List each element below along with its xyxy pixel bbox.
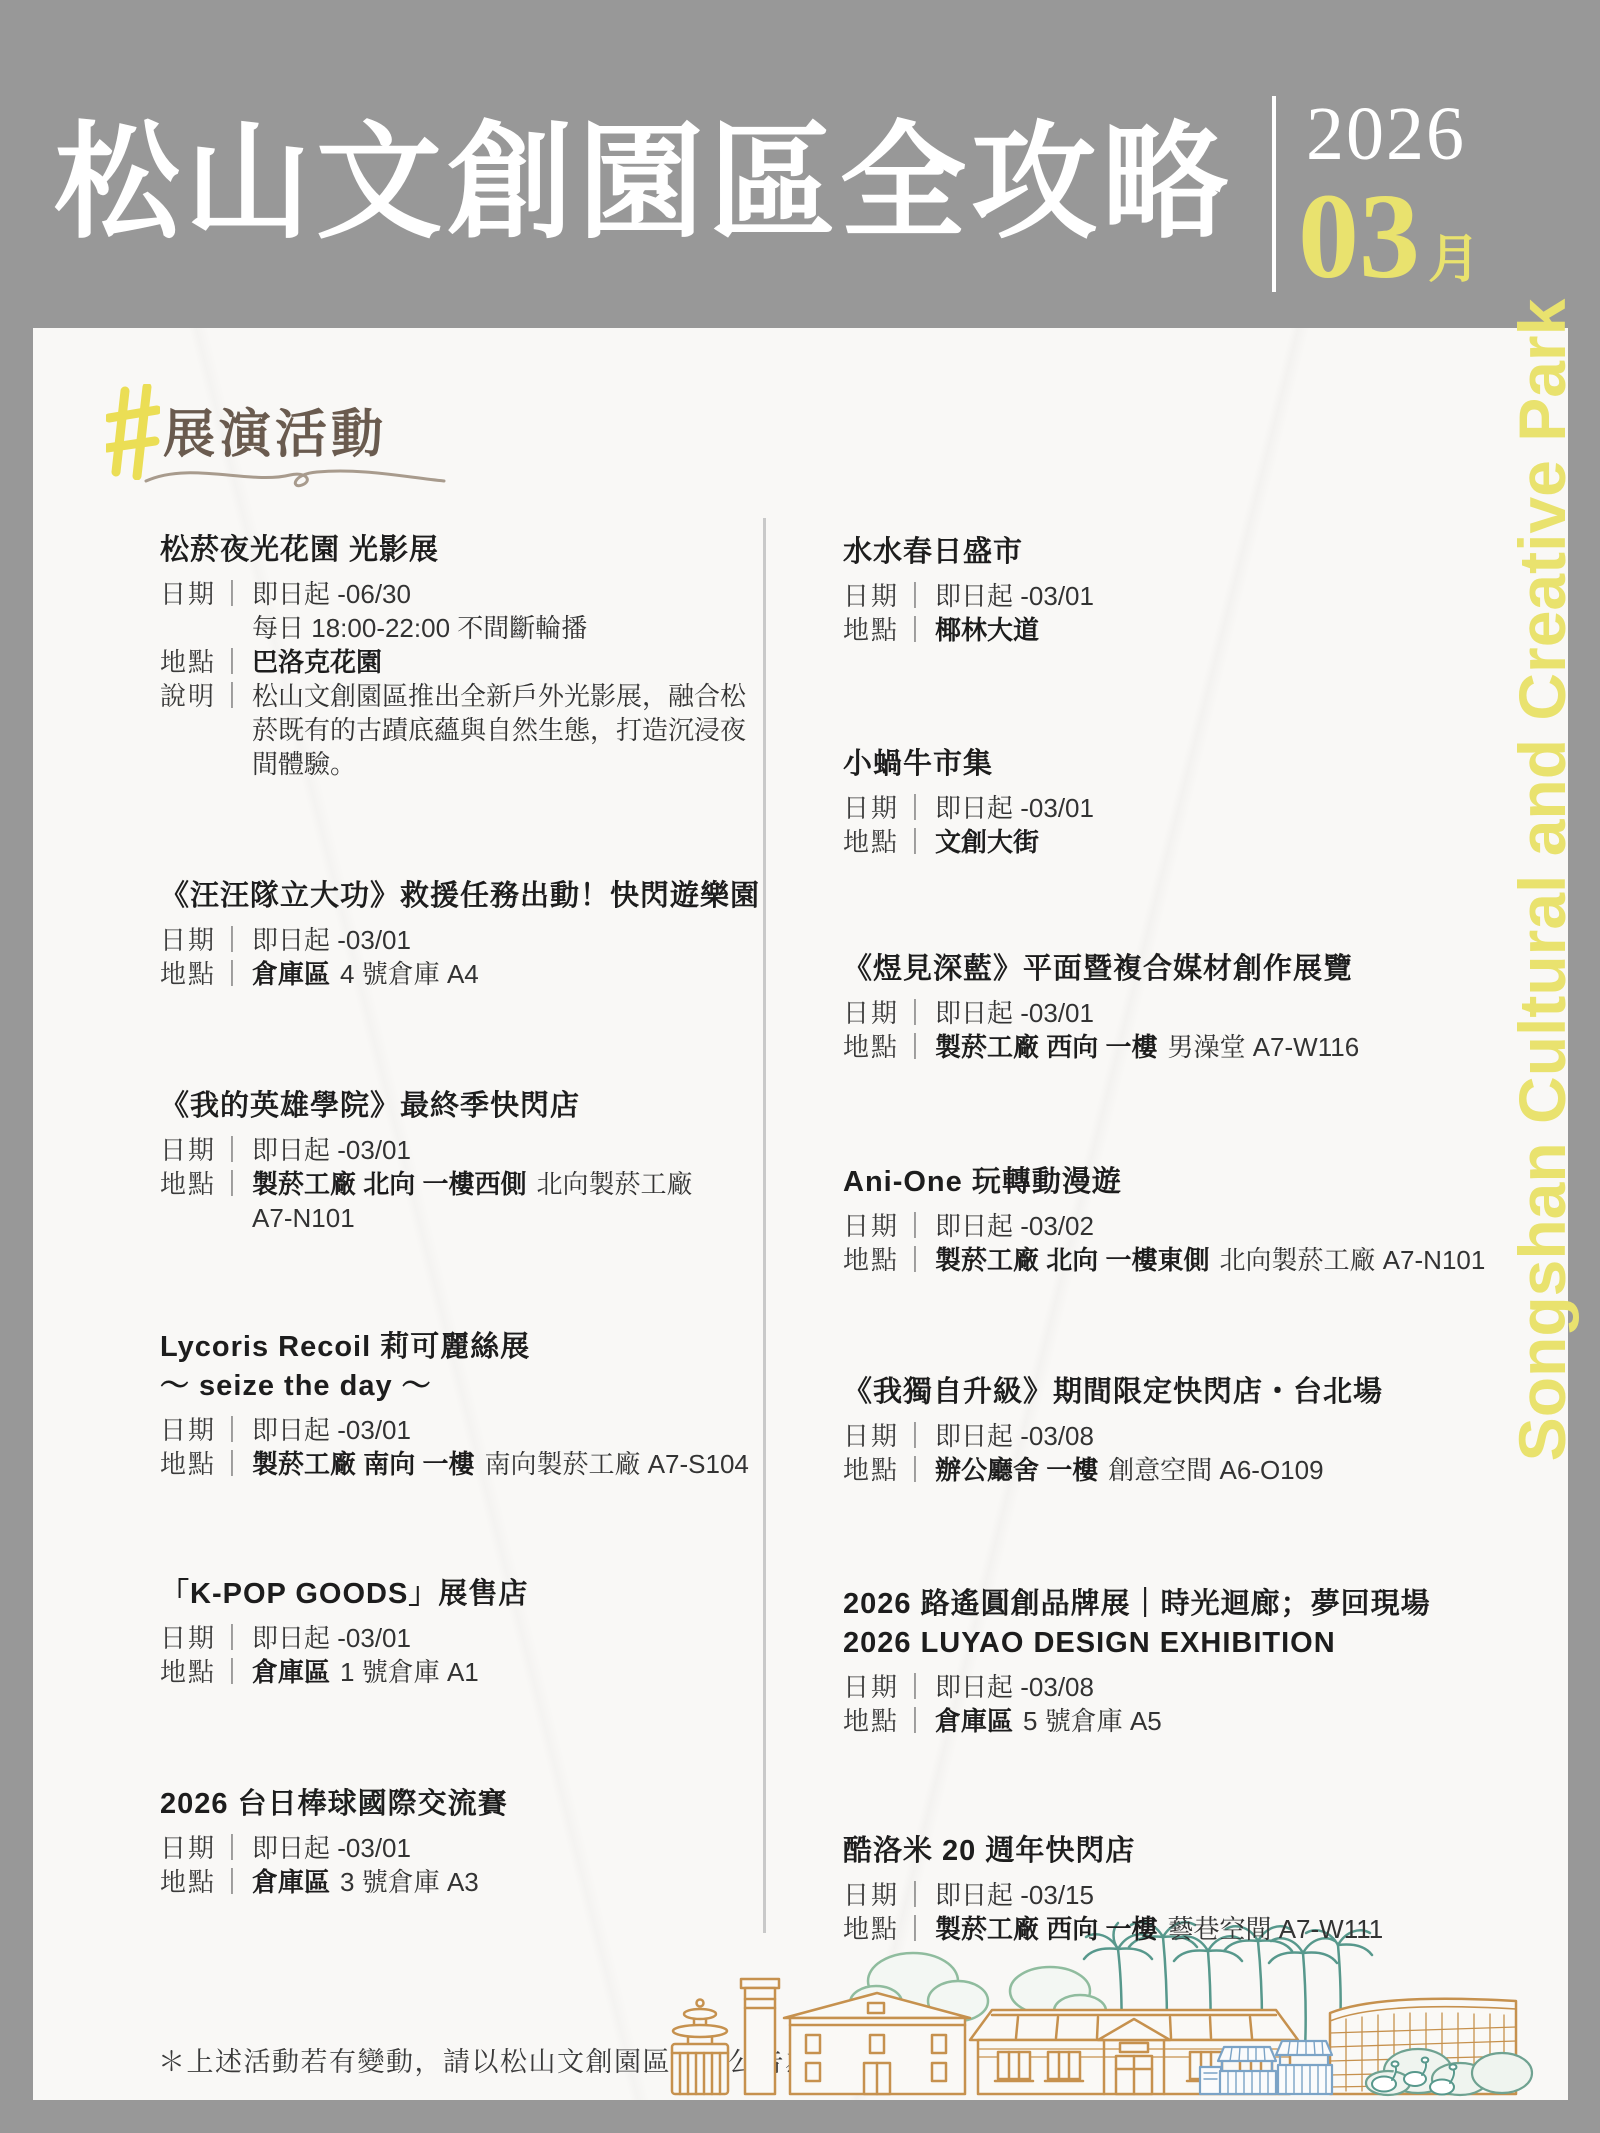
event-description: 松山文創園區推出全新戶外光影展，融合松 菸既有的古蹟底蘊與自然生態，打造沉浸夜 … (252, 679, 746, 781)
event-location-detail: 創意空間 A6-O109 (1108, 1455, 1323, 1485)
event-location-row-label: 地點 (843, 1030, 899, 1064)
event-date-row: 日期｜即日起 -03/01 (160, 1133, 772, 1167)
event-title: 《我獨自升級》期間限定快閃店・台北場 (843, 1373, 1549, 1412)
event-location-row: 地點｜辦公廳舍 一樓創意空間 A6-O109 (843, 1453, 1549, 1487)
event-location-area: 文創大街 (935, 827, 1039, 857)
event-block: 松菸夜光花園 光影展日期｜即日起 -06/30 每日 18:00-22:00 不… (160, 531, 772, 781)
event-location-detail: 5 號倉庫 A5 (1023, 1706, 1162, 1736)
event-location-row-label: 地點 (160, 957, 216, 991)
event-location-row-label: 地點 (843, 1912, 899, 1946)
event-location-row: 地點｜巴洛克花園 (160, 645, 772, 679)
event-block: 2026 路遙圓創品牌展｜時光迴廊；夢回現場 2026 LUYAO DESIGN… (843, 1585, 1549, 1738)
label-separator: ｜ (902, 1419, 928, 1453)
event-location-detail: 4 號倉庫 A4 (340, 959, 479, 989)
event-title: 《煜見深藍》平面暨複合媒材創作展覽 (843, 950, 1549, 989)
month-number: 03 (1298, 169, 1420, 304)
event-date: 即日起 -03/01 (935, 579, 1094, 613)
event-location-area: 倉庫區 (935, 1706, 1013, 1736)
event-location-row: 地點｜製菸工廠 北向 一樓東側北向製菸工廠 A7-N101 (843, 1243, 1549, 1277)
event-date: 即日起 -03/08 (935, 1670, 1094, 1704)
event-date-row-label: 日期 (843, 579, 899, 613)
event-date-row: 日期｜即日起 -03/08 (843, 1419, 1549, 1453)
squiggle-underline (140, 450, 452, 496)
event-title: 松菸夜光花園 光影展 (160, 531, 772, 570)
event-location-area: 製菸工廠 北向 一樓西側 (252, 1169, 526, 1199)
event-location-detail: 男澡堂 A7-W116 (1167, 1032, 1359, 1062)
event-block: 《煜見深藍》平面暨複合媒材創作展覽日期｜即日起 -03/01地點｜製菸工廠 西向… (843, 950, 1549, 1064)
event-location-area: 倉庫區 (252, 1657, 330, 1687)
event-date-row-label: 日期 (843, 791, 899, 825)
event-title: 《我的英雄學院》最終季快閃店 (160, 1087, 772, 1126)
event-title: 酷洛米 20 週年快閃店 (843, 1832, 1549, 1871)
event-date: 即日起 -03/01 (252, 1133, 411, 1167)
event-date-row-label: 日期 (843, 1878, 899, 1912)
event-date: 即日起 -03/02 (935, 1209, 1094, 1243)
label-separator: ｜ (219, 1133, 245, 1167)
event-location-area: 巴洛克花園 (252, 647, 382, 677)
event-location-row: 地點｜製菸工廠 南向 一樓南向製菸工廠 A7-S104 (160, 1447, 772, 1481)
event-location: 辦公廳舍 一樓創意空間 A6-O109 (935, 1453, 1324, 1487)
label-separator: ｜ (219, 1621, 245, 1655)
event-block: 《我獨自升級》期間限定快閃店・台北場日期｜即日起 -03/08地點｜辦公廳舍 一… (843, 1373, 1549, 1487)
fountain (672, 2000, 728, 2095)
label-separator: ｜ (219, 1447, 245, 1481)
event-date-row: 日期｜即日起 -03/08 (843, 1670, 1549, 1704)
event-location-row-label: 地點 (843, 1453, 899, 1487)
event-date-row-label: 日期 (160, 1831, 216, 1865)
event-date-row-label: 日期 (160, 1413, 216, 1447)
sign-board (1200, 2067, 1221, 2094)
event-date: 即日起 -03/01 (935, 996, 1094, 1030)
event-date-row-label: 日期 (843, 1209, 899, 1243)
label-separator: ｜ (219, 1655, 245, 1689)
event-location: 製菸工廠 南向 一樓南向製菸工廠 A7-S104 (252, 1447, 749, 1481)
event-title: 2026 台日棒球國際交流賽 (160, 1785, 772, 1824)
page-title: 松山文創園區全攻略 (54, 120, 1233, 246)
event-date-row: 日期｜即日起 -03/01 (160, 923, 772, 957)
event-location: 倉庫區1 號倉庫 A1 (252, 1655, 479, 1689)
event-block: 水水春日盛市日期｜即日起 -03/01地點｜椰林大道 (843, 533, 1549, 647)
event-location-row: 地點｜製菸工廠 西向 一樓男澡堂 A7-W116 (843, 1030, 1549, 1064)
event-location-row: 地點｜倉庫區1 號倉庫 A1 (160, 1655, 772, 1689)
label-separator: ｜ (219, 1831, 245, 1865)
event-location-row-label: 地點 (160, 1447, 216, 1481)
event-title: 水水春日盛市 (843, 533, 1549, 572)
event-title: 「K-POP GOODS」展售店 (160, 1575, 772, 1614)
event-location-detail: 3 號倉庫 A3 (340, 1867, 479, 1897)
event-location: 倉庫區4 號倉庫 A4 (252, 957, 479, 991)
label-separator: ｜ (902, 579, 928, 613)
event-location: 椰林大道 (935, 613, 1049, 647)
event-date-row: 日期｜即日起 -03/01 (843, 579, 1549, 613)
event-location-row-label: 地點 (843, 825, 899, 859)
event-location: 製菸工廠 西向 一樓藝巷空間 A7-W111 (935, 1912, 1383, 1946)
label-separator: ｜ (219, 577, 245, 611)
event-location-row-label: 地點 (160, 1865, 216, 1899)
event-location-row-label: 地點 (160, 1655, 216, 1689)
event-location: 製菸工廠 北向 一樓西側北向製菸工廠 A7-N101 (252, 1167, 692, 1235)
event-block: 小蝸牛市集日期｜即日起 -03/01地點｜文創大街 (843, 745, 1549, 859)
event-block: 酷洛米 20 週年快閃店日期｜即日起 -03/15地點｜製菸工廠 西向 一樓藝巷… (843, 1832, 1549, 1946)
event-date: 即日起 -03/01 (252, 1621, 411, 1655)
label-separator: ｜ (902, 1878, 928, 1912)
label-separator: ｜ (902, 1209, 928, 1243)
park-illustration (618, 1921, 1568, 2100)
month-suffix: 月 (1428, 232, 1480, 289)
label-separator: ｜ (219, 923, 245, 957)
event-block: 《我的英雄學院》最終季快閃店日期｜即日起 -03/01地點｜製菸工廠 北向 一樓… (160, 1087, 772, 1235)
event-title: Ani-One 玩轉動漫遊 (843, 1163, 1549, 1202)
event-title: 2026 路遙圓創品牌展｜時光迴廊；夢回現場 2026 LUYAO DESIGN… (843, 1585, 1549, 1663)
event-date-row: 日期｜即日起 -03/01 (160, 1831, 772, 1865)
event-date-row: 日期｜即日起 -03/01 (160, 1621, 772, 1655)
event-date: 即日起 -03/01 (252, 923, 411, 957)
label-separator: ｜ (219, 1413, 245, 1447)
label-separator: ｜ (219, 679, 245, 713)
chimney (741, 1979, 779, 2094)
label-separator: ｜ (902, 791, 928, 825)
event-location-row-label: 地點 (843, 1704, 899, 1738)
event-location-row-label: 地點 (843, 613, 899, 647)
event-location-area: 倉庫區 (252, 959, 330, 989)
event-date-row-label: 日期 (160, 1133, 216, 1167)
label-separator: ｜ (902, 1243, 928, 1277)
event-date-row-label: 日期 (843, 1419, 899, 1453)
event-location: 巴洛克花園 (252, 645, 392, 679)
label-separator: ｜ (219, 1167, 245, 1201)
header-divider (1272, 96, 1276, 292)
event-location-row: 地點｜製菸工廠 北向 一樓西側北向製菸工廠 A7-N101 (160, 1167, 772, 1235)
event-location-area: 製菸工廠 南向 一樓 (252, 1449, 474, 1479)
event-location: 製菸工廠 西向 一樓男澡堂 A7-W116 (935, 1030, 1359, 1064)
event-desc-row: 說明｜松山文創園區推出全新戶外光影展，融合松 菸既有的古蹟底蘊與自然生態，打造沉… (160, 679, 772, 781)
side-vertical-text: Songshan Cultural and Creative Park (1504, 299, 1580, 1462)
event-location-row-label: 地點 (843, 1243, 899, 1277)
event-date-row-label: 日期 (843, 1670, 899, 1704)
event-location-detail: 藝巷空間 A7-W111 (1167, 1914, 1383, 1944)
event-desc-row-label: 說明 (160, 679, 216, 713)
event-location-row: 地點｜文創大街 (843, 825, 1549, 859)
label-separator: ｜ (902, 825, 928, 859)
event-block: Ani-One 玩轉動漫遊日期｜即日起 -03/02地點｜製菸工廠 北向 一樓東… (843, 1163, 1549, 1277)
event-title: Lycoris Recoil 莉可麗絲展 ～ seize the day ～ (160, 1328, 772, 1406)
label-separator: ｜ (219, 957, 245, 991)
event-block: Lycoris Recoil 莉可麗絲展 ～ seize the day ～日期… (160, 1328, 772, 1481)
event-location-area: 椰林大道 (935, 615, 1039, 645)
event-date-row: 日期｜即日起 -06/30 每日 18:00-22:00 不間斷輪播 (160, 577, 772, 645)
event-location-detail: 北向製菸工廠 A7-N101 (1219, 1245, 1485, 1275)
event-date-row: 日期｜即日起 -03/02 (843, 1209, 1549, 1243)
event-location-row: 地點｜倉庫區5 號倉庫 A5 (843, 1704, 1549, 1738)
label-separator: ｜ (902, 1670, 928, 1704)
event-title: 《汪汪隊立大功》救援任務出動！快閃遊樂園 (160, 877, 772, 916)
label-separator: ｜ (902, 1453, 928, 1487)
event-date: 即日起 -03/01 (252, 1413, 411, 1447)
event-date-row-label: 日期 (160, 577, 216, 611)
event-location-row: 地點｜倉庫區3 號倉庫 A3 (160, 1865, 772, 1899)
label-separator: ｜ (219, 645, 245, 679)
event-date-row: 日期｜即日起 -03/01 (843, 996, 1549, 1030)
event-block: 2026 台日棒球國際交流賽日期｜即日起 -03/01地點｜倉庫區3 號倉庫 A… (160, 1785, 772, 1899)
label-separator: ｜ (902, 1912, 928, 1946)
event-title: 小蝸牛市集 (843, 745, 1549, 784)
event-date-row: 日期｜即日起 -03/01 (160, 1413, 772, 1447)
event-location-detail: 1 號倉庫 A1 (340, 1657, 479, 1687)
event-location-area: 製菸工廠 西向 一樓 (935, 1914, 1157, 1944)
header-month: 03月 (1298, 182, 1480, 316)
event-location: 倉庫區3 號倉庫 A3 (252, 1865, 479, 1899)
event-date: 即日起 -03/01 (252, 1831, 411, 1865)
event-date-row: 日期｜即日起 -03/15 (843, 1878, 1549, 1912)
event-block: 「K-POP GOODS」展售店日期｜即日起 -03/01地點｜倉庫區1 號倉庫… (160, 1575, 772, 1689)
event-location-detail: 南向製菸工廠 A7-S104 (484, 1449, 748, 1479)
event-location-area: 倉庫區 (252, 1867, 330, 1897)
event-date: 即日起 -06/30 每日 18:00-22:00 不間斷輪播 (252, 577, 587, 645)
event-block: 《汪汪隊立大功》救援任務出動！快閃遊樂園日期｜即日起 -03/01地點｜倉庫區4… (160, 877, 772, 991)
event-location-area: 製菸工廠 北向 一樓東側 (935, 1245, 1209, 1275)
event-location-row: 地點｜製菸工廠 西向 一樓藝巷空間 A7-W111 (843, 1912, 1549, 1946)
label-separator: ｜ (902, 996, 928, 1030)
event-date-row: 日期｜即日起 -03/01 (843, 791, 1549, 825)
label-separator: ｜ (219, 1865, 245, 1899)
event-location-area: 辦公廳舍 一樓 (935, 1455, 1098, 1485)
event-date-row-label: 日期 (160, 923, 216, 957)
event-location-row-label: 地點 (160, 1167, 216, 1201)
event-location-row: 地點｜倉庫區4 號倉庫 A4 (160, 957, 772, 991)
event-date: 即日起 -03/08 (935, 1419, 1094, 1453)
event-location: 文創大街 (935, 825, 1049, 859)
label-separator: ｜ (902, 613, 928, 647)
label-separator: ｜ (902, 1030, 928, 1064)
label-separator: ｜ (902, 1704, 928, 1738)
event-date: 即日起 -03/15 (935, 1878, 1094, 1912)
event-location: 製菸工廠 北向 一樓東側北向製菸工廠 A7-N101 (935, 1243, 1485, 1277)
event-location: 倉庫區5 號倉庫 A5 (935, 1704, 1162, 1738)
event-date-row-label: 日期 (843, 996, 899, 1030)
event-location-row-label: 地點 (160, 645, 216, 679)
event-date-row-label: 日期 (160, 1621, 216, 1655)
event-location-area: 製菸工廠 西向 一樓 (935, 1032, 1157, 1062)
event-date: 即日起 -03/01 (935, 791, 1094, 825)
poster-page: 松山文創園區全攻略 2026 03月 Songshan Cultural and… (0, 0, 1600, 2133)
event-location-row: 地點｜椰林大道 (843, 613, 1549, 647)
header-year: 2026 (1306, 98, 1466, 170)
